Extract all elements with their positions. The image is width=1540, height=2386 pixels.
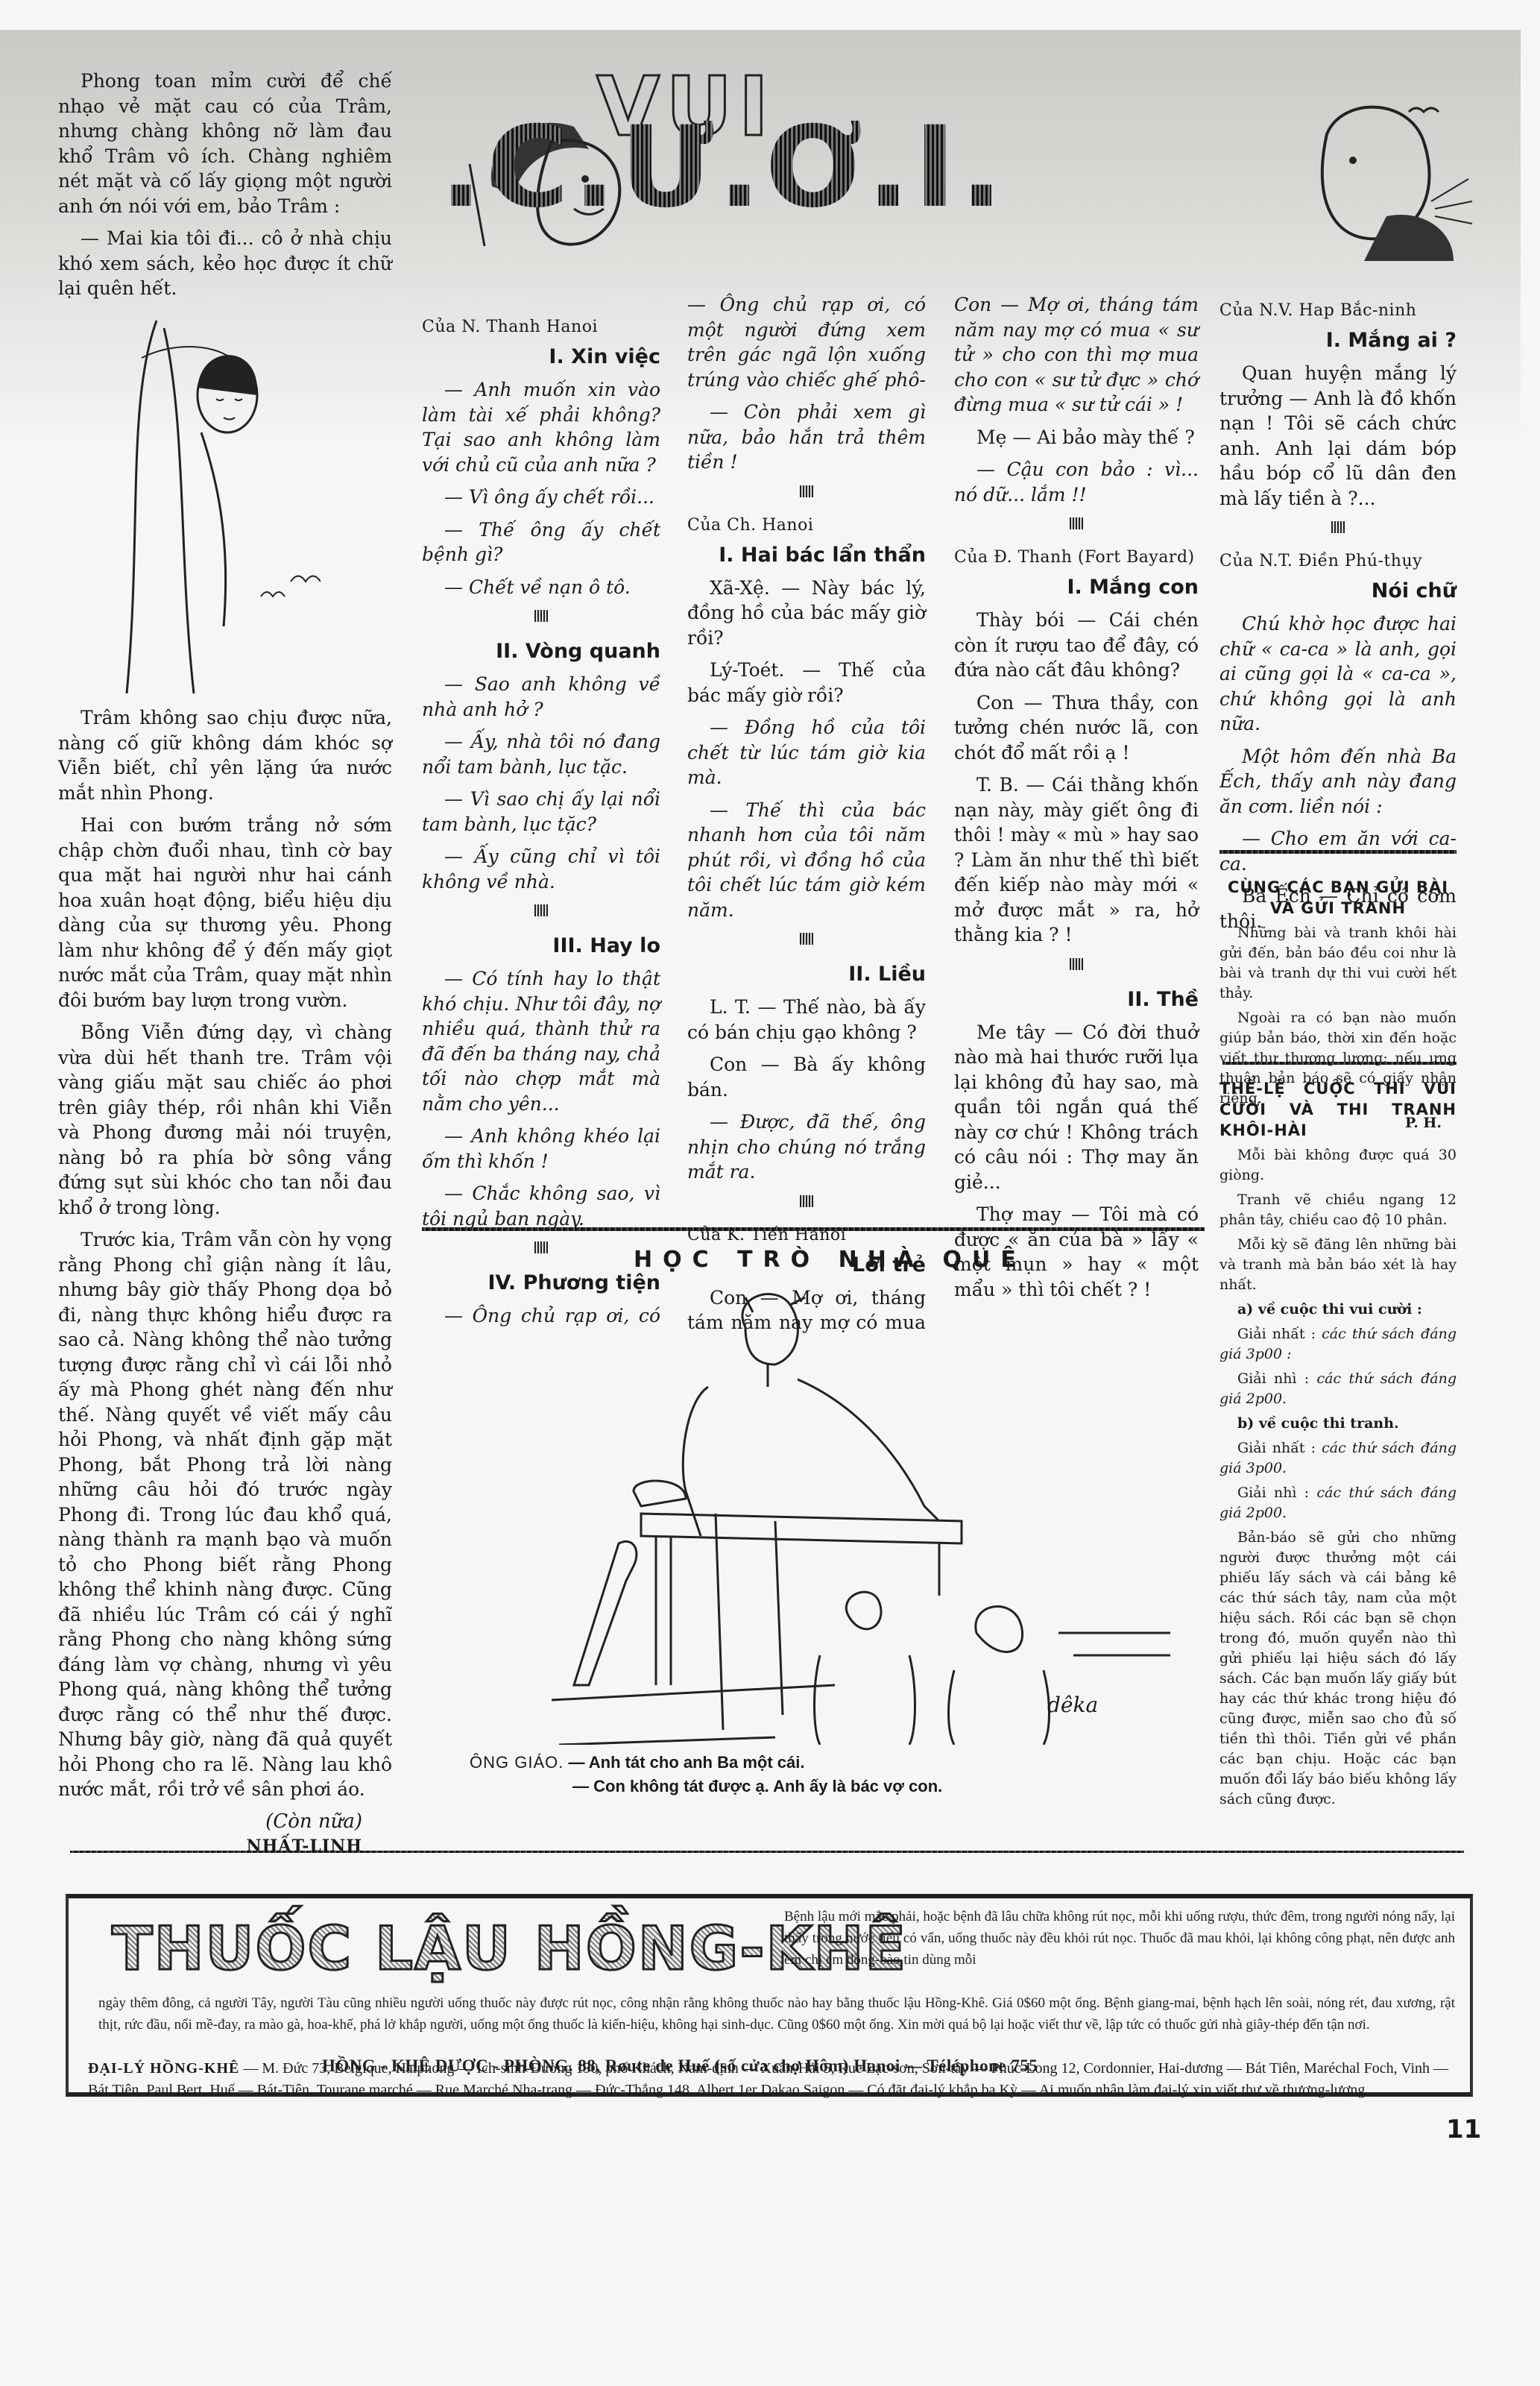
joke-title: I. Mắng con [954,575,1199,600]
story-paragraph: — Mai kia tôi đi... cô ở nhà chịu khó xe… [58,226,392,301]
ornament-icon [422,610,660,626]
joke-byline: Của Đ. Thanh (Fort Bayard) [954,547,1199,569]
story-paragraph: Phong toan mỉm cười để chế nhạo vẻ mặt c… [58,69,392,218]
joke-line: Me tây — Có đời thuở nào mà hai thước rư… [954,1020,1199,1195]
story-paragraph: Trâm không sao chịu được nữa, nàng cố gi… [58,705,392,805]
joke-line: — Được, đã thế, ông nhịn cho chúng nó tr… [687,1109,926,1185]
prize-label: Giải nhất : [1237,1326,1316,1342]
ornament-icon [687,933,926,948]
joke-line: — Chết về nạn ô tô. [422,575,660,600]
ornament-icon [422,1241,660,1257]
rules-closing: Bản-báo sẽ gửi cho những người được thưở… [1219,1528,1457,1810]
ornament-icon [687,1195,926,1211]
story-author: NHẤT-LINH [58,1834,362,1860]
joke-line: Xã-Xệ. — Này bác lý, đồng hồ của bác mấy… [687,576,926,651]
joke-title: II. Vòng quanh [422,639,660,664]
jokes-column-2: Của N. Thanh Hanoi I. Xin việc — Anh muố… [422,312,660,1335]
joke-line: Thày bói — Cái chén còn ít rượu tao để đ… [954,608,1199,683]
divider-rule [70,1851,1464,1853]
agents-label: ĐẠI-LÝ HỒNG-KHÊ [88,2060,239,2077]
joke-title: II. Liều [687,962,926,987]
rules-paragraph: Mỗi bài không được quá 30 giòng. [1219,1145,1457,1186]
joke-line: Quan huyện mắng lý trưởng — Anh là đồ kh… [1219,361,1457,511]
notice-paragraph: Những bài và tranh khôi hài gửi đến, bản… [1219,923,1457,1004]
joke-line: — Có tính hay lo thật khó chịu. Như tôi … [422,966,660,1116]
story-paragraph: Bỗng Viễn đứng dạy, vì chàng vừa dùi hết… [58,1020,392,1220]
story-continued: (Còn nữa) [58,1810,362,1835]
story-paragraph: Trước kia, Trâm vẫn còn hy vọng rằng Pho… [58,1227,392,1802]
joke-line: — Sao anh không về nhà anh hở ? [422,672,660,722]
joke-line: — Thế thì của bác nhanh hơn của tôi năm … [687,798,926,923]
joke-title: II. Thề [954,987,1199,1013]
joke-line-continued: — Ông chủ rạp ơi, có một người đứng xem … [687,292,926,392]
jokes-column-4: Con — Mợ ơi, tháng tám năm nay mợ có mua… [954,292,1199,1309]
ad-body: ngày thêm đông, cả người Tây, người Tàu … [98,1992,1455,2036]
joke-title: Nói chữ [1219,579,1457,604]
prize-label: Giải nhì : [1237,1485,1309,1501]
joke-line: Con — Thưa thầy, con tưởng chén nước lã,… [954,690,1199,766]
ornament-icon [687,485,926,501]
rules-paragraph: Tranh vẽ chiều ngang 12 phân tây, chiều … [1219,1190,1457,1230]
prize-label: Giải nhất : [1237,1440,1316,1456]
joke-line: — Ấy, nhà tôi nó đang nổi tam bành, lục … [422,729,660,779]
divider-rule [1222,1062,1457,1065]
rules-paragraph: Mỗi kỳ sẽ đăng lên những bài và tranh mà… [1219,1235,1457,1295]
illustration-girl-behind-curtain [97,313,321,701]
notice-title: CÙNG CÁC BẠN GỬI BÀI VÀ GỬI TRANH [1219,877,1457,919]
story-column-bottom: Trâm không sao chịu được nữa, nàng cố gi… [58,705,392,1860]
joke-byline: Của N.T. Điền Phú-thụy [1219,550,1457,573]
joke-line: — Anh không khéo lại ốm thì khốn ! [422,1124,660,1174]
prize-label: Giải nhì : [1237,1370,1309,1387]
joke-line: — Vì ông ấy chết rồi... [422,485,660,510]
caption-line: — Con không tát được ạ. Anh ấy là bác vợ… [572,1777,942,1795]
caption-speaker: ÔNG GIÁO. [470,1753,564,1772]
joke-line: L. T. — Thế nào, bà ấy có bán chịu gạo k… [687,995,926,1045]
page-number: 11 [1446,2115,1481,2144]
header-title-cuoi: .C.Ư.Ơ.I. [440,104,760,231]
joke-title: III. Hay lo [422,934,660,959]
joke-byline: Của Ch. Hanoi [687,514,926,537]
rules-section: THỂ-LỆ CUỘC THI VUI CƯỜI VÀ THI TRANH KH… [1219,1071,1457,1814]
divider-rule [1219,850,1457,854]
joke-title: I. Xin việc [422,344,660,370]
divider-rule [422,1227,1205,1231]
joke-line: Chú khờ học được hai chữ « ca-ca » là an… [1219,611,1457,737]
cartoon-caption: ÔNG GIÁO. — Anh tát cho anh Ba một cái. … [470,1751,942,1798]
rules-title: THỂ-LỆ CUỘC THI VUI CƯỜI VÀ THI TRANH KH… [1219,1078,1457,1141]
jokes-column-3: — Ông chủ rạp ơi, có một người đứng xem … [687,292,926,1342]
joke-line: Mẹ — Ai bảo mày thế ? [954,425,1199,450]
prize-row: Giải nhất : các thứ sách đáng giá 3p00. [1219,1438,1457,1479]
ornament-icon [422,904,660,920]
joke-line: — Thế ông ấy chết bệnh gì? [422,517,660,567]
agents-text: — M. Đức 73, Belgique, Haiphong — Ích-si… [88,2060,1448,2098]
caricature-right-icon [1282,89,1476,261]
jokes-column-5: Của N.V. Hap Bắc-ninh I. Mắng ai ? Quan … [1219,295,1457,941]
joke-line: — Cậu con bảo : vì... nó dữ... lắm !! [954,457,1199,507]
joke-title: I. Hai bác lẩn thẩn [687,543,926,568]
joke-line-continued: Con — Mợ ơi, tháng tám năm nay mợ có mua… [954,292,1199,418]
newspaper-page: VUI .C.Ư.Ơ.I. Phong toan mỉm cười để chế… [0,0,1540,2386]
joke-line: Con — Bà ấy không bán. [687,1052,926,1102]
rules-heading-a: a) về cuộc thi vui cười : [1219,1300,1457,1320]
rules-heading-b: b) về cuộc thi tranh. [1219,1414,1457,1434]
prize-row: Giải nhất : các thứ sách đáng giá 3p00 : [1219,1324,1457,1364]
story-paragraph: Hai con bướm trắng nở sớm chập chờn đuổi… [58,813,392,1013]
joke-line: — Vì sao chị ấy lại nổi tam bành, lục tặ… [422,787,660,837]
prize-row: Giải nhì : các thứ sách đáng giá 2p00. [1219,1369,1457,1409]
joke-line: T. B. — Cái thằng khốn nạn này, mày giết… [954,772,1199,948]
joke-line: — Anh muốn xin vào làm tài xế phải không… [422,377,660,477]
ad-body-right: Bệnh lậu mới mắc phải, hoặc bệnh đã lâu … [784,1906,1455,1971]
joke-line: — Ấy cũng chỉ vì tôi không về nhà. [422,844,660,894]
caption-line: — Anh tát cho anh Ba một cái. [568,1753,804,1772]
ornament-icon [1219,521,1457,537]
ornament-icon [954,958,1199,974]
joke-line: — Đồng hồ của tôi chết từ lúc tám giờ ki… [687,715,926,790]
story-column-top: Phong toan mỉm cười để chế nhạo vẻ mặt c… [58,69,392,309]
cartoon-teacher-and-students [462,1268,1208,1745]
joke-byline: Của N.V. Hap Bắc-ninh [1219,300,1457,322]
ornament-icon [954,517,1199,533]
joke-line: Lý-Toét. — Thế của bác mấy giờ rồi? [687,658,926,708]
joke-line: Một hôm đến nhà Ba Ếch, thấy anh này đan… [1219,744,1457,819]
ad-agents: ĐẠI-LÝ HỒNG-KHÊ — M. Đức 73, Belgique, H… [66,2058,1467,2101]
joke-byline: Của N. Thanh Hanoi [422,316,660,339]
joke-line: — Còn phải xem gì nữa, bảo hắn trả thêm … [687,400,926,475]
joke-title: I. Mắng ai ? [1219,328,1457,353]
cartoon-signature: dêka [1047,1693,1098,1717]
prize-row: Giải nhì : các thứ sách đáng giá 2p00. [1219,1483,1457,1523]
joke-line: — Chắc không sao, vì tôi ngủ ban ngày. [422,1181,660,1231]
